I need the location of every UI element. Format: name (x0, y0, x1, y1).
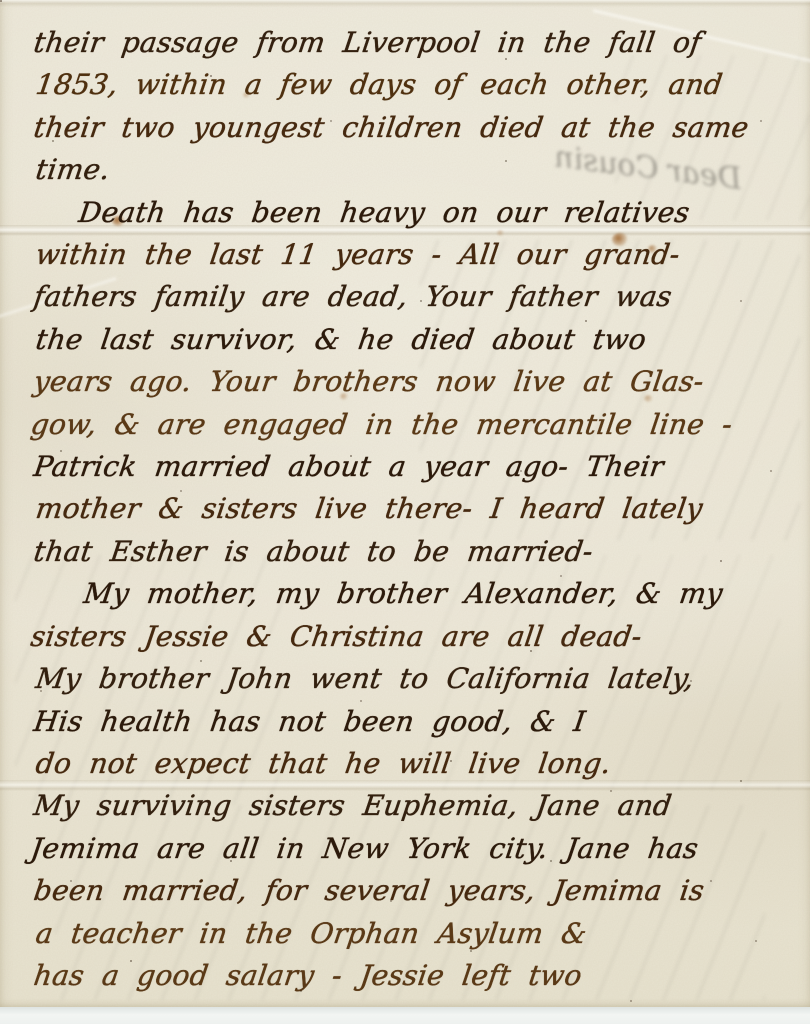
letter-line: been married, for several years, Jemima … (31, 870, 793, 912)
letter-line: Patrick married about a year ago- Their (31, 446, 793, 488)
paper-sheet: Dear Cousin their passage from Liverpool… (0, 0, 810, 1007)
letter-line: 1853, within a few days of each other, a… (33, 64, 793, 106)
letter-line: Jemima are all in New York city. Jane ha… (28, 828, 793, 870)
letter-line: time. (33, 149, 793, 191)
letter-line: mother & sisters live there- I heard lat… (33, 488, 793, 530)
letter-line: Death has been heavy on our relatives (28, 192, 793, 234)
letter-line: that Esther is about to be married- (31, 531, 793, 573)
letter-line: His health has not been good, & I (31, 701, 793, 743)
letter-line: the last survivor, & he died about two (33, 319, 793, 361)
ink-spatter-specks (0, 0, 2, 2)
letter-line: their passage from Liverpool in the fall… (31, 22, 793, 64)
letter-line: sisters Jessie & Christina are all dead- (28, 616, 793, 658)
letter-line: gow, & are engaged in the mercantile lin… (28, 404, 793, 446)
letter-line: their two youngest children died at the … (31, 107, 793, 149)
scanner-background-strip (0, 1007, 810, 1024)
letter-line: within the last 11 years - All our grand… (33, 234, 793, 276)
letter-scan: Dear Cousin their passage from Liverpool… (0, 0, 810, 1024)
letter-line: My surviving sisters Euphemia, Jane and (31, 785, 793, 827)
letter-line: fathers family are dead, Your father was (31, 276, 793, 318)
letter-line: years ago. Your brothers now live at Gla… (31, 361, 793, 403)
letter-line: a teacher in the Orphan Asylum & (33, 913, 793, 955)
letter-line: My mother, my brother Alexander, & my (33, 573, 793, 615)
letter-body: their passage from Liverpool in the fall… (34, 22, 790, 997)
letter-line: My brother John went to California latel… (33, 658, 793, 700)
letter-line: do not expect that he will live long. (33, 743, 793, 785)
letter-line: has a good salary - Jessie left two (31, 955, 793, 997)
